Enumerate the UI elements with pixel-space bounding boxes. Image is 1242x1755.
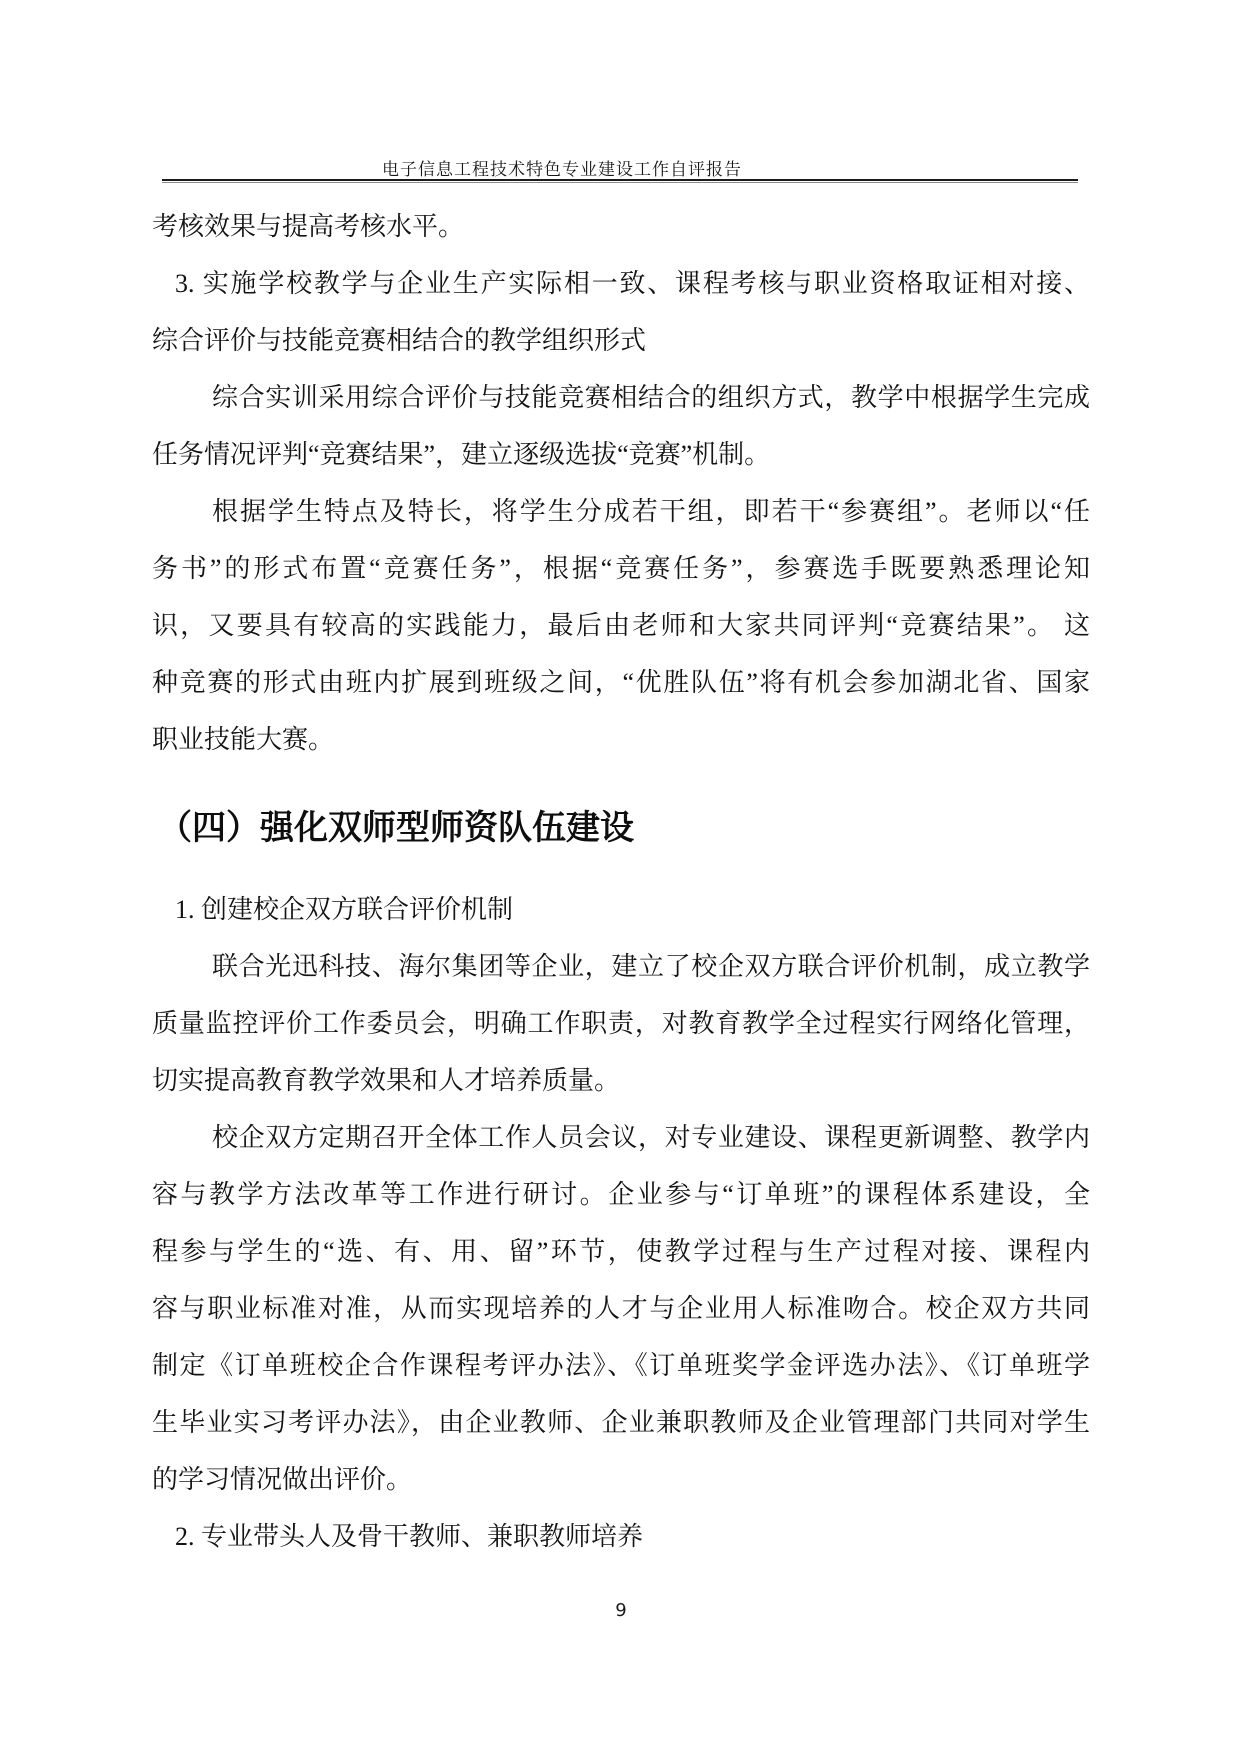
document-body: 考核效果与提高考核水平。 3. 实施学校教学与企业生产实际相一致、课程考核与职业… — [152, 198, 1090, 1565]
body-line: 质量监控评价工作委员会，明确工作职责，对教育教学全过程实行网络化管理， — [152, 995, 1090, 1052]
body-line: 程参与学生的“选、有、用、留”环节，使教学过程与生产过程对接、课程内 — [152, 1223, 1090, 1280]
body-line: 综合评价与技能竞赛相结合的教学组织形式 — [152, 312, 1090, 369]
body-line: 3. 实施学校教学与企业生产实际相一致、课程考核与职业资格取证相对接、 — [152, 255, 1090, 312]
document-page: 电子信息工程技术特色专业建设工作自评报告 考核效果与提高考核水平。 3. 实施学… — [0, 0, 1242, 1755]
body-line: 切实提高教育教学效果和人才培养质量。 — [152, 1052, 1090, 1109]
body-line: 校企双方定期召开全体工作人员会议，对专业建设、课程更新调整、教学内 — [152, 1109, 1090, 1166]
body-line: 1. 创建校企双方联合评价机制 — [152, 881, 1090, 938]
body-line: 职业技能大赛。 — [152, 711, 1090, 768]
section-heading: （四）强化双师型师资队伍建设 — [152, 804, 1090, 854]
body-line: 考核效果与提高考核水平。 — [152, 198, 1090, 255]
body-line: 根据学生特点及特长，将学生分成若干组，即若干“参赛组”。老师以“任 — [152, 483, 1090, 540]
body-line: 联合光迅科技、海尔集团等企业，建立了校企双方联合评价机制，成立教学 — [152, 938, 1090, 995]
body-line: 种竞赛的形式由班内扩展到班级之间，“优胜队伍”将有机会参加湖北省、国家 — [152, 654, 1090, 711]
body-line: 2. 专业带头人及骨干教师、兼职教师培养 — [152, 1508, 1090, 1565]
body-line: 识，又要具有较高的实践能力，最后由老师和大家共同评判“竞赛结果”。 这 — [152, 597, 1090, 654]
body-line: 容与教学方法改革等工作进行研讨。企业参与“订单班”的课程体系建设，全 — [152, 1166, 1090, 1223]
body-line: 容与职业标准对准，从而实现培养的人才与企业用人标准吻合。校企双方共同 — [152, 1280, 1090, 1337]
body-line: 综合实训采用综合评价与技能竞赛相结合的组织方式，教学中根据学生完成 — [152, 369, 1090, 426]
body-line: 生毕业实习考评办法》，由企业教师、企业兼职教师及企业管理部门共同对学生 — [152, 1394, 1090, 1451]
body-line: 务书”的形式布置“竞赛任务”，根据“竞赛任务”，参赛选手既要熟悉理论知 — [152, 540, 1090, 597]
header-title: 电子信息工程技术特色专业建设工作自评报告 — [0, 155, 1124, 180]
body-line: 的学习情况做出评价。 — [152, 1451, 1090, 1508]
body-line: 任务情况评判“竞赛结果”，建立逐级选拔“竞赛”机制。 — [152, 426, 1090, 483]
page-number: 9 — [0, 1600, 1242, 1621]
header-rule — [162, 179, 1078, 183]
body-line: 制定《订单班校企合作课程考评办法》、《订单班奖学金评选办法》、《订单班学 — [152, 1337, 1090, 1394]
